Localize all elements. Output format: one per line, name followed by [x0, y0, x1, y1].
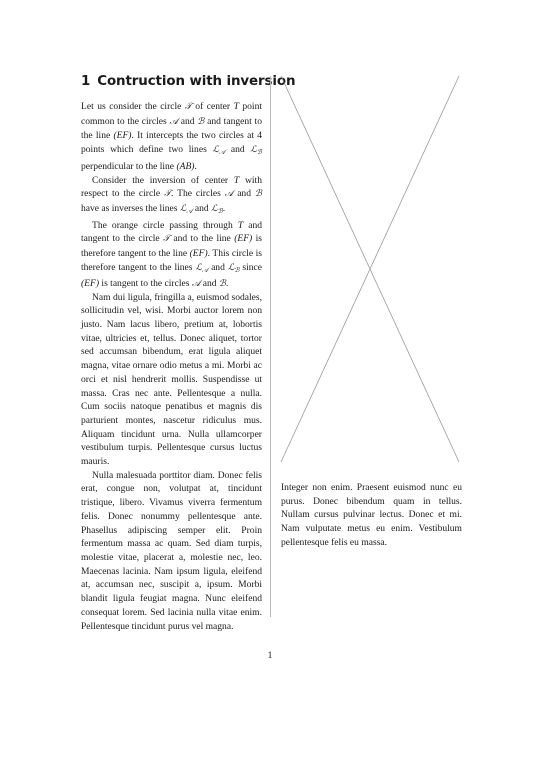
document-page: 1Contruction with inversion Let us consi…: [0, 0, 540, 764]
text: have as inverses the lines: [81, 203, 180, 214]
right-paragraph: Integer non enim. Praesent euismod nunc …: [281, 481, 462, 550]
right-column: Integer non enim. Praesent euismod nunc …: [281, 481, 462, 550]
text: .: [223, 203, 225, 214]
paragraph-1: Let us consider the circle 𝒯 of center T…: [81, 100, 262, 174]
text: and: [233, 188, 255, 199]
text: .: [226, 278, 228, 289]
text: Let us consider the circle: [81, 101, 185, 112]
text: and: [193, 203, 212, 214]
text: perpendicular to the line: [81, 161, 176, 172]
text: and: [200, 278, 219, 289]
paragraph-3: The orange circle passing through T and …: [81, 219, 262, 293]
math-symbol: (EF): [190, 248, 208, 259]
math-symbol: 𝒯: [185, 102, 192, 112]
text: and: [208, 262, 228, 273]
page-number: 1: [0, 650, 540, 661]
figure-crossed-lines: [278, 74, 464, 466]
math-subscript: ℬ: [257, 148, 262, 156]
text: and to the line: [170, 233, 234, 244]
math-symbol: (EF): [234, 233, 252, 244]
math-symbol: 𝒜: [225, 189, 234, 199]
math-symbol: 𝒜: [169, 117, 178, 127]
section-title: Contruction with inversion: [97, 74, 295, 89]
text: . The circles: [171, 188, 225, 199]
text: and: [178, 116, 197, 127]
section-number: 1: [81, 74, 90, 89]
paragraph-2: Consider the inversion of center T with …: [81, 174, 262, 219]
column-separator-rule: [270, 76, 271, 617]
paragraph-5: Nulla malesuada porttitor diam. Donec fe…: [81, 469, 262, 633]
text: .: [194, 161, 196, 172]
text: The orange circle passing through: [92, 220, 238, 231]
text: since: [239, 262, 262, 273]
left-column: 1Contruction with inversion Let us consi…: [81, 73, 262, 633]
math-symbol: (AB): [176, 161, 194, 172]
math-symbol: ℬ: [255, 189, 262, 199]
math-symbol: (EF): [113, 130, 131, 141]
math-symbol: (EF): [81, 278, 99, 289]
text: Consider the inversion of center: [92, 175, 234, 186]
math-symbol: 𝒯: [164, 189, 171, 199]
text: of center: [192, 101, 234, 112]
math-symbol: ℬ: [219, 279, 226, 289]
paragraph-4: Nam dui ligula, fringilla a, euismod sod…: [81, 291, 262, 469]
text: is tangent to the circles: [99, 278, 192, 289]
text: and: [225, 144, 250, 155]
math-symbol: 𝒯: [163, 234, 170, 244]
section-heading: 1Contruction with inversion: [81, 73, 262, 90]
